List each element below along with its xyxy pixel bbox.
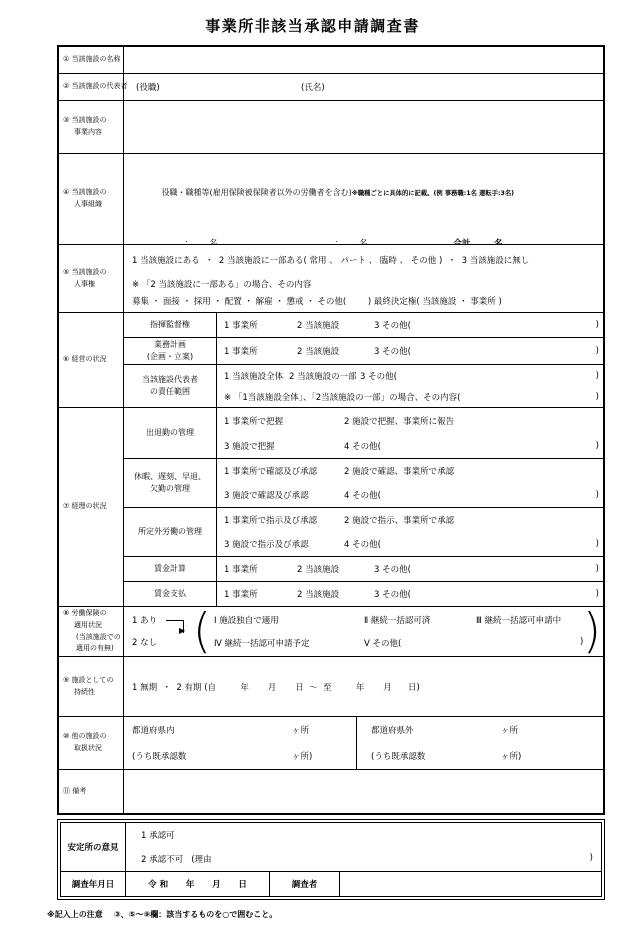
personnel-total-field: 合計 名 bbox=[433, 237, 523, 244]
in-approved-label: (うち既承認数 bbox=[132, 750, 292, 762]
scope-options-line: 1 当該施設全体 2 当該施設の一部 3 その他( ) bbox=[217, 370, 603, 382]
insurance-option-4: Ⅳ 継続一括認可申請予定 bbox=[214, 637, 310, 649]
insurance-yes-option: 1 あり bbox=[132, 614, 157, 626]
leave-options: 1 事業所で確認及び承認2 施設で確認、事業所で承認 3 施設で確認及び承認4 … bbox=[217, 459, 603, 507]
accounting-subtable: 出退勤の管理 1 事業所で把握2 施設で把握、事業所に報告 3 施設で把握4 そ… bbox=[124, 408, 603, 606]
row7-label: ⑦ 経理の状況 bbox=[59, 408, 124, 606]
continuity-field: 1 無期 ・ 2 有期 (自 年 月 日 ～ 至 年 月 日) bbox=[124, 657, 603, 716]
business-content-blank bbox=[124, 121, 603, 151]
personnel-header: 役職・職種等(雇用保険被保険者以外の労働者を含む)※職種ごとに具体的に記載。(例… bbox=[124, 178, 603, 207]
row2-label: ② 当該施設の代表者 bbox=[59, 74, 124, 100]
business-plan-options: 1 事業所 2 当該施設 3 その他( ) bbox=[217, 338, 603, 364]
row4-label: ④ 当該施設の 人事組織 bbox=[59, 154, 124, 244]
subrow-wage-payment: 賃金支払 1 事業所 2 当該施設 3 その他( ) bbox=[124, 581, 603, 606]
row-management-status: ⑥ 経営の状況 指揮監督権 1 事業所 2 当該施設 3 その他( ) bbox=[59, 312, 603, 407]
supervision-options: 1 事業所 2 当該施設 3 その他( ) bbox=[217, 313, 603, 337]
office-opinion-field: 1 承認可 2 承認不可 (理由 ) bbox=[126, 823, 601, 871]
opinion-approve-option: 1 承認可 bbox=[141, 829, 601, 841]
opinion-reject-option: 2 承認不可 (理由 ) bbox=[141, 853, 601, 865]
office-opinion-table: 安定所の意見 1 承認可 2 承認不可 (理由 ) 調査年月日 令 和 年 月 … bbox=[57, 819, 605, 900]
wage-calculation-label: 賃金計算 bbox=[124, 557, 217, 581]
row-personnel-rights: ⑤ 当該施設の 人事権 1 当該施設にある ・ 2 当該施設に一部ある( 常用 … bbox=[59, 244, 603, 312]
in-prefecture-unit: ヶ所 bbox=[292, 724, 309, 736]
out-approved-label: (うち既承認数 bbox=[371, 750, 501, 762]
survey-date-field: 令 和 年 月 日 bbox=[126, 872, 270, 896]
personnel-organization-field: 役職・職種等(雇用保険被保険者以外の労働者を含む)※職種ごとに具体的に記載。(例… bbox=[124, 154, 603, 244]
leave-label: 休暇、遅刻、早退、 欠勤の管理 bbox=[124, 459, 217, 507]
row1-label: ① 当該施設の名称 bbox=[59, 47, 124, 73]
row8-label: ⑧ 労働保険の 適用状況 (当該施設での 適用の有無) bbox=[59, 607, 124, 656]
footer-note: ※記入上の注意 ③、⑤～⑨欄：該当するものを○で囲むこと。 bbox=[47, 909, 605, 920]
row-survey-date: 調査年月日 令 和 年 月 日 調査者 bbox=[61, 871, 601, 896]
wage-calculation-options: 1 事業所 2 当該施設 3 その他( ) bbox=[217, 557, 603, 581]
facility-name-field bbox=[124, 47, 603, 73]
insurance-option-2: Ⅱ 継続一括認可済 bbox=[364, 614, 430, 626]
close-bracket: ) bbox=[583, 607, 601, 656]
insurance-no-option: 2 なし bbox=[132, 636, 157, 648]
personnel-rights-options: 1 当該施設にある ・ 2 当該施設に一部ある( 常用 、 パート 、 臨時 、… bbox=[132, 254, 603, 266]
role-label: (役職) bbox=[136, 81, 301, 93]
subrow-overtime: 所定外労働の管理 1 事業所で指示及び承認2 施設で指示、事業所で承認 3 施設… bbox=[124, 507, 603, 556]
in-prefecture-cell: 都道府県内ヶ所 (うち既承認数ヶ所) bbox=[124, 717, 357, 769]
representative-scope-label: 当該施設代表者 の責任範囲 bbox=[124, 365, 217, 407]
scope-note-line: ※ 「1当該施設全体」、「2当該施設の一部」の場合、その内容( ) bbox=[217, 391, 603, 403]
arrowhead-icon: ▶ bbox=[179, 626, 185, 635]
row-labor-insurance: ⑧ 労働保険の 適用状況 (当該施設での 適用の有無) 1 あり 2 なし ▶ … bbox=[59, 606, 603, 656]
open-bracket: ( bbox=[193, 607, 211, 656]
business-content-field: (労働者派遣事業) 行っている ・ 行っていない (労働者派遣事業の許可又は届出… bbox=[124, 101, 603, 153]
personnel-field: ： 名 bbox=[291, 237, 411, 244]
row9-label: ⑨ 施設としての 持続性 bbox=[59, 657, 124, 716]
personnel-rights-detail: 募集 ・ 面接 ・ 採用 ・ 配置 ・ 解雇 ・ 懲戒 ・ その他( ) 最終決… bbox=[132, 295, 603, 307]
attendance-label: 出退勤の管理 bbox=[124, 408, 217, 458]
supervision-label: 指揮監督権 bbox=[124, 313, 217, 337]
name-label: (氏名) bbox=[301, 81, 325, 93]
row-office-opinion: 安定所の意見 1 承認可 2 承認不可 (理由 ) bbox=[61, 823, 601, 871]
insurance-option-1: Ⅰ 施設独自で適用 bbox=[214, 614, 279, 626]
row6-label: ⑥ 経営の状況 bbox=[59, 313, 124, 407]
form-title: 事業所非該当承認申請調査書 bbox=[0, 15, 625, 36]
management-subtable: 指揮監督権 1 事業所 2 当該施設 3 その他( ) 業務計画 (企画・立案) bbox=[124, 313, 603, 407]
wage-payment-options: 1 事業所 2 当該施設 3 その他( ) bbox=[217, 582, 603, 606]
representative-field: (役職) (氏名) bbox=[124, 74, 603, 100]
personnel-rights-note: ※ 「2 当該施設に一部ある」の場合、その内容 bbox=[132, 278, 603, 290]
row-business-content: ③ 当該施設の 事業内容 (労働者派遣事業) 行っている ・ 行っていない (労… bbox=[59, 100, 603, 153]
subrow-representative-scope: 当該施設代表者 の責任範囲 1 当該施設全体 2 当該施設の一部 3 その他( … bbox=[124, 364, 603, 407]
row11-label: ⑪ 備考 bbox=[59, 770, 124, 813]
attendance-options: 1 事業所で把握2 施設で把握、事業所に報告 3 施設で把握4 その他() bbox=[217, 408, 603, 458]
office-opinion-label: 安定所の意見 bbox=[61, 823, 126, 871]
personnel-header-note: ※職種ごとに具体的に記載。(例 事務職:1名 運転手:3名) bbox=[352, 190, 514, 197]
row10-label: ⑩ 他の施設の 取扱状況 bbox=[59, 717, 124, 769]
in-approved-unit: ヶ所) bbox=[292, 750, 312, 762]
wage-payment-label: 賃金支払 bbox=[124, 582, 217, 606]
labor-insurance-field: 1 あり 2 なし ▶ ( Ⅰ 施設独自で適用 Ⅱ 継続一括認可済 Ⅲ 継続一括… bbox=[124, 607, 603, 656]
surveyor-field bbox=[340, 872, 601, 896]
out-prefecture-cell: 都道府県外ヶ所 (うち既承認数ヶ所) bbox=[357, 717, 603, 769]
personnel-rights-field: 1 当該施設にある ・ 2 当該施設に一部ある( 常用 、 パート 、 臨時 、… bbox=[124, 245, 603, 312]
surveyor-label: 調査者 bbox=[270, 872, 340, 896]
out-prefecture-unit: ヶ所 bbox=[501, 724, 518, 736]
out-prefecture-label: 都道府県外 bbox=[371, 724, 501, 736]
remarks-field bbox=[124, 770, 603, 813]
insurance-option-3: Ⅲ 継続一括認可申請中 bbox=[476, 614, 561, 626]
representative-scope-options: 1 当該施設全体 2 当該施設の一部 3 その他( ) ※ 「1当該施設全体」、… bbox=[217, 365, 603, 407]
overtime-label: 所定外労働の管理 bbox=[124, 508, 217, 556]
other-facilities-field: 都道府県内ヶ所 (うち既承認数ヶ所) 都道府県外ヶ所 (うち既承認数ヶ所) bbox=[124, 717, 603, 769]
personnel-fields-row1: ： 名 ： 名 合計 名 bbox=[124, 227, 603, 244]
row-accounting-status: ⑦ 経理の状況 出退勤の管理 1 事業所で把握2 施設で把握、事業所に報告 3 … bbox=[59, 407, 603, 606]
main-table: ① 当該施設の名称 ② 当該施設の代表者 (役職) (氏名) ③ 当該施設の 事… bbox=[57, 45, 605, 815]
continuity-options: 1 無期 ・ 2 有期 (自 年 月 日 ～ 至 年 月 日) bbox=[124, 681, 420, 693]
out-approved-unit: ヶ所) bbox=[501, 750, 521, 762]
overtime-options: 1 事業所で指示及び承認2 施設で指示、事業所で承認 3 施設で指示及び承認4 … bbox=[217, 508, 603, 556]
row-other-facilities: ⑩ 他の施設の 取扱状況 都道府県内ヶ所 (うち既承認数ヶ所) 都道府県外ヶ所 … bbox=[59, 716, 603, 769]
subrow-attendance: 出退勤の管理 1 事業所で把握2 施設で把握、事業所に報告 3 施設で把握4 そ… bbox=[124, 408, 603, 458]
subrow-leave: 休暇、遅刻、早退、 欠勤の管理 1 事業所で確認及び承認2 施設で確認、事業所で… bbox=[124, 458, 603, 507]
subrow-business-plan: 業務計画 (企画・立案) 1 事業所 2 当該施設 3 その他( ) bbox=[124, 337, 603, 364]
personnel-field: ： 名 bbox=[143, 237, 259, 244]
subrow-supervision: 指揮監督権 1 事業所 2 当該施設 3 その他( ) bbox=[124, 313, 603, 337]
form-body: ① 当該施設の名称 ② 当該施設の代表者 (役職) (氏名) ③ 当該施設の 事… bbox=[57, 45, 605, 920]
insurance-option-5: Ⅴ その他( bbox=[364, 637, 401, 649]
subrow-wage-calculation: 賃金計算 1 事業所 2 当該施設 3 その他( ) bbox=[124, 556, 603, 581]
row-representative: ② 当該施設の代表者 (役職) (氏名) bbox=[59, 73, 603, 100]
row5-label: ⑤ 当該施設の 人事権 bbox=[59, 245, 124, 312]
row-facility-name: ① 当該施設の名称 bbox=[59, 47, 603, 73]
in-prefecture-label: 都道府県内 bbox=[132, 724, 292, 736]
row-continuity: ⑨ 施設としての 持続性 1 無期 ・ 2 有期 (自 年 月 日 ～ 至 年 … bbox=[59, 656, 603, 716]
survey-date-label: 調査年月日 bbox=[61, 872, 126, 896]
row-remarks: ⑪ 備考 bbox=[59, 769, 603, 813]
row3-label: ③ 当該施設の 事業内容 bbox=[59, 101, 124, 153]
business-plan-label: 業務計画 (企画・立案) bbox=[124, 338, 217, 364]
row-personnel-organization: ④ 当該施設の 人事組織 役職・職種等(雇用保険被保険者以外の労働者を含む)※職… bbox=[59, 153, 603, 244]
form-page: 事業所非該当承認申請調査書 ① 当該施設の名称 ② 当該施設の代表者 (役職) … bbox=[0, 0, 625, 937]
